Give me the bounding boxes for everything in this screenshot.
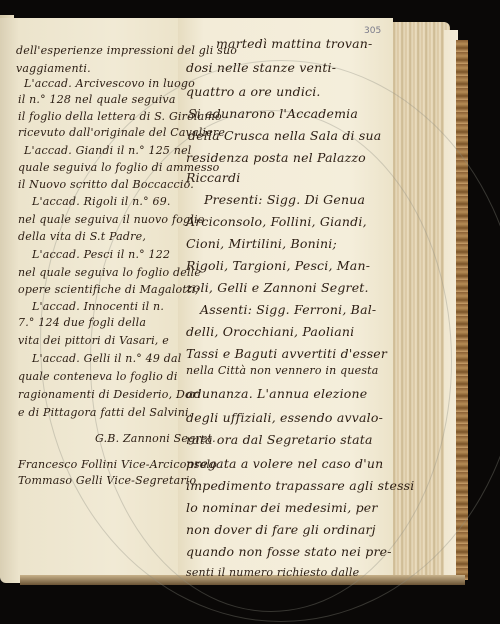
text-line: residenza posta nel Palazzo (186, 150, 366, 165)
text-line: vita dei pittori di Vasari, e (18, 334, 169, 347)
text-line: rata ora dal Segretario stata (186, 432, 373, 447)
text-line: Presenti: Sigg. Di Genua (204, 192, 365, 207)
text-line: Rigoli, Targioni, Pesci, Man- (186, 258, 370, 273)
fore-edge-pages (388, 22, 450, 578)
text-line: zoli, Gelli e Zannoni Segret. (186, 280, 369, 295)
text-line: opere scientifiche di Magalotti; (18, 283, 199, 296)
text-line: Riccardi (186, 170, 240, 185)
text-line: L'accad. Rigoli il n.° 69. (32, 195, 171, 208)
text-line: pregata a volere nel caso d'un (186, 456, 383, 471)
text-line: delli, Orocchiani, Paoliani (186, 324, 354, 339)
text-line: Assenti: Sigg. Ferroni, Bal- (200, 302, 376, 317)
text-line: quando non fosse stato nei pre- (186, 544, 392, 559)
text-line: quale conteneva lo foglio di (18, 370, 178, 383)
signature: Tommaso Gelli Vice-Segretario (18, 474, 196, 487)
text-line: L'accad. Gelli il n.° 49 dal (32, 352, 181, 365)
text-line: dosi nelle stanze venti- (186, 60, 336, 75)
leather-cover (456, 40, 468, 580)
text-line: e di Pittagora fatti del Salvini. (18, 406, 192, 419)
text-line: il Nuovo scritto dal Boccaccio. (18, 178, 194, 191)
text-line: 7.° 124 due fogli della (18, 316, 146, 329)
text-line: della vita di S.t Padre, (18, 230, 146, 243)
text-line: degli uffiziali, essendo avvalo- (186, 410, 383, 425)
text-line: della Crusca nella Sala di sua (188, 128, 381, 143)
text-line: non dover di fare gli ordinarj (186, 522, 376, 537)
text-line: quattro a ore undici. (186, 84, 321, 99)
text-line: martedì mattina trovan- (216, 36, 372, 51)
text-line: nel quale seguiva lo foglio delle (18, 266, 201, 279)
text-line: L'accad. Giandi il n.° 125 nel (24, 144, 192, 157)
text-line: impedimento trapassare agli stessi (186, 478, 415, 493)
text-line: Tassi e Baguti avvertiti d'esser (186, 346, 387, 361)
text-line: Arciconsolo, Follini, Giandi, (186, 214, 367, 229)
text-line: L'accad. Innocenti il n. (32, 300, 164, 313)
text-line: L'accad. Pesci il n.° 122 (32, 248, 170, 261)
text-line: nel quale seguiva il nuovo foglio (18, 213, 205, 226)
text-line: senti il numero richiesto dalle (186, 566, 359, 579)
folio-number: 305 (364, 26, 381, 36)
text-line: Cioni, Mirtilini, Bonini; (186, 236, 337, 251)
text-line: adunanza. L'annua elezione (186, 386, 367, 401)
text-line: nella Città non vennero in questa (186, 364, 379, 377)
text-line: dell'esperienze impressioni del gli suo (16, 44, 237, 57)
text-line: Si adunarono l'Accademia (188, 106, 358, 121)
text-line: L'accad. Arcivescovo in luogo (24, 77, 195, 90)
text-line: vaggiamenti. (16, 62, 91, 75)
right-page (178, 18, 393, 578)
text-line: il n.° 128 nel quale seguiva (18, 93, 176, 106)
text-line: lo nominar dei medesimi, per (186, 500, 378, 515)
text-line: ragionamenti di Desiderio, Dori (18, 388, 201, 401)
